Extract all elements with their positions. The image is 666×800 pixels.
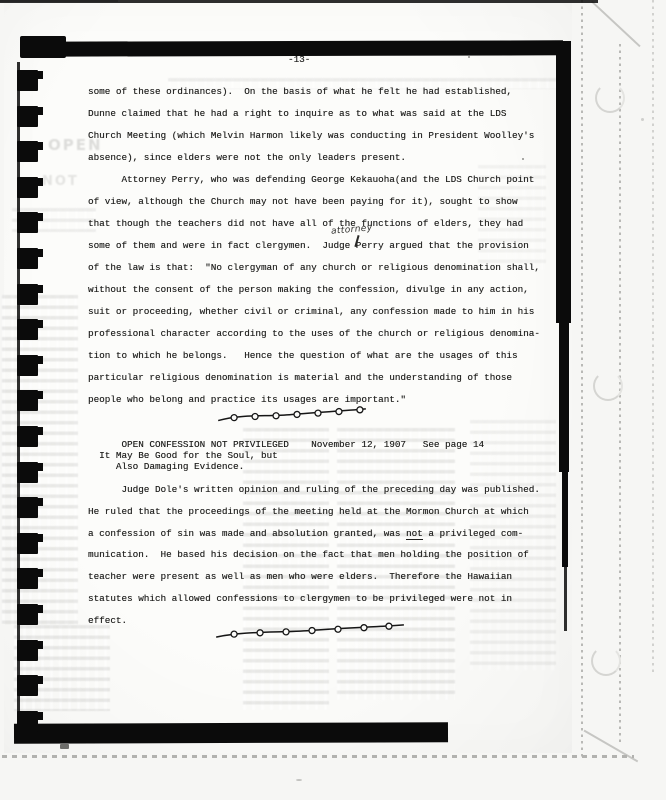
sleeve-stitch-edge (581, 0, 583, 758)
text-line: Also Damaging Evidence. (88, 462, 484, 473)
text-line: particular religious denomination is mat… (88, 367, 540, 389)
text-line: teacher were present as well as men who … (88, 566, 540, 588)
binding-mark (17, 640, 38, 661)
text-line: It May Be Good for the Soul, but (88, 451, 484, 462)
scan-edge-artifact (564, 565, 567, 631)
binding-mark (17, 533, 38, 554)
binding-mark (17, 462, 38, 483)
binding-mark (17, 284, 38, 305)
text-line: absence), since elders were not the only… (88, 147, 540, 169)
binding-mark (17, 604, 38, 625)
toner-speck (296, 779, 302, 781)
text-line: professional character according to the … (88, 323, 540, 345)
scan-edge-artifact (559, 320, 569, 472)
binding-strip (0, 0, 50, 760)
binding-mark (17, 390, 38, 411)
binding-mark (17, 568, 38, 589)
scan-edge-artifact (556, 41, 571, 323)
text-line: He ruled that the proceedings of the mee… (88, 501, 540, 523)
scan-canvas: OPEN NOT -13- some of these ordinances).… (0, 0, 666, 800)
toner-speck (522, 158, 524, 160)
binder-hole (591, 646, 621, 676)
binding-mark (17, 70, 38, 91)
text-line: tion to which he belongs. Hence the ques… (88, 345, 540, 367)
toner-speck (60, 744, 69, 749)
binder-hole (595, 83, 625, 113)
toner-speck (641, 118, 644, 121)
body-paragraphs: some of these ordinances). On the basis … (88, 81, 540, 411)
binding-mark (17, 426, 38, 447)
toner-speck (468, 56, 470, 58)
sleeve-stitch-edge (652, 0, 654, 672)
text-line: of view, although the Church may not hav… (88, 191, 540, 213)
binding-mark (17, 177, 38, 198)
binder-hole (593, 371, 623, 401)
binding-mark (17, 675, 38, 696)
article-heading: OPEN CONFESSION NOT PRIVILEGED November … (88, 440, 484, 472)
binding-mark (17, 141, 38, 162)
binding-mark (17, 319, 38, 340)
closing-paragraph: Judge Dole's written opinion and ruling … (88, 479, 540, 632)
text-line: a confession of sin was made and absolut… (88, 523, 540, 545)
scan-edge-artifact (14, 722, 448, 744)
binding-mark (17, 248, 38, 269)
text-line: of the law is that: "No clergyman of any… (88, 257, 540, 279)
sleeve-bottom-edge (2, 755, 634, 758)
text-line: Church Meeting (which Melvin Harmon like… (88, 125, 540, 147)
text-line: Attorney Perry, who was defending George… (88, 169, 540, 191)
binding-mark (17, 497, 38, 518)
sleeve-corner-crease (591, 1, 640, 47)
text-line: statutes which allowed confessions to cl… (88, 588, 540, 610)
binding-mark (17, 212, 38, 233)
text-line: some of them and were in fact clergymen.… (88, 235, 540, 257)
text-line: munication. He based his decision on the… (88, 544, 540, 566)
underlined-word: not (406, 528, 423, 540)
scan-edge-artifact (562, 470, 568, 567)
text-line: without the consent of the person making… (88, 279, 540, 301)
text-line: some of these ordinances). On the basis … (88, 81, 540, 103)
binding-mark (17, 711, 38, 732)
text-line: that though the teachers did not have al… (88, 213, 540, 235)
text-line: Dunne claimed that he had a right to inq… (88, 103, 540, 125)
binding-mark (17, 106, 38, 127)
scan-edge-artifact (26, 40, 563, 56)
scan-edge-artifact (0, 0, 598, 3)
binding-mark (17, 355, 38, 376)
text-line: suit or proceeding, whether civil or cri… (88, 301, 540, 323)
text-line: Judge Dole's written opinion and ruling … (88, 479, 540, 501)
